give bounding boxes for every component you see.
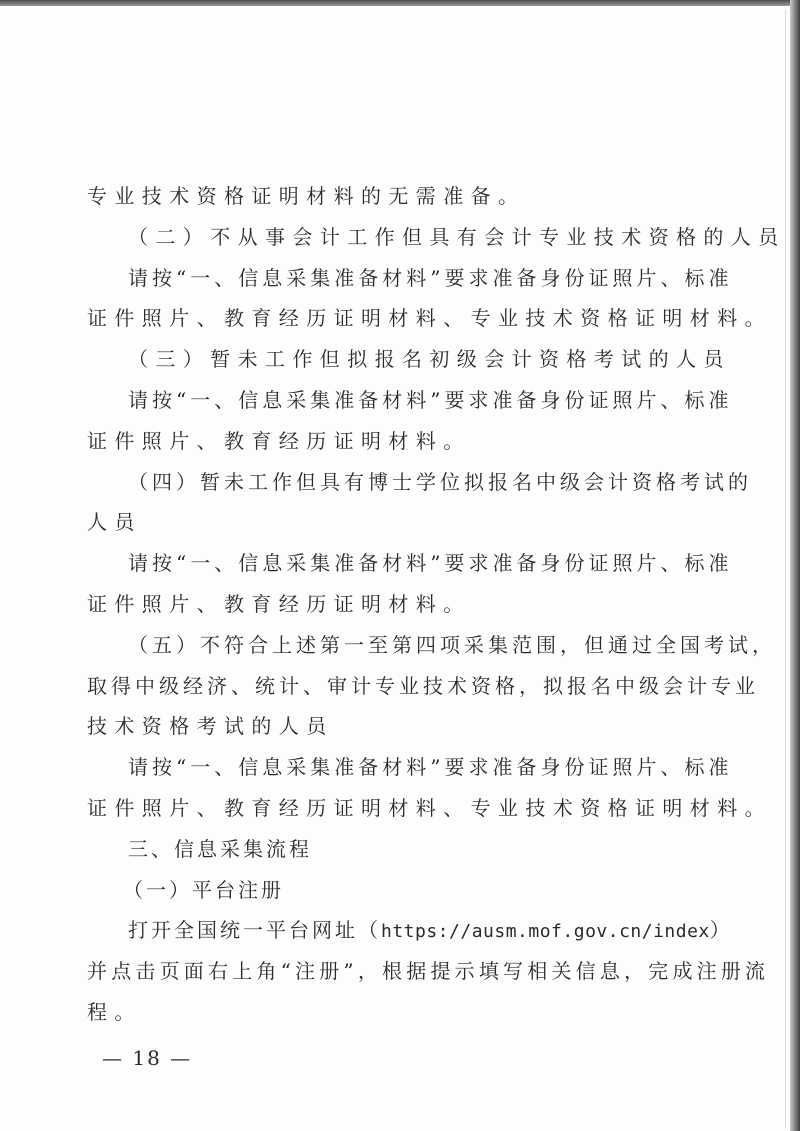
body-line: （五）不符合上述第一至第四项采集范围，但通过全国考试， [87,625,671,666]
body-line: 请按“一、信息采集准备材料”要求准备身份证照片、标准 [87,747,671,788]
body-line: 请按“一、信息采集准备材料”要求准备身份证照片、标准 [87,543,671,584]
body-line: 证件照片、教育经历证明材料、专业技术资格证明材料。 [87,788,671,829]
paragraph-prefix: 打开全国统一平台网址（ [128,918,381,942]
body-line: 请按“一、信息采集准备材料”要求准备身份证照片、标准 [87,380,671,421]
scan-right-edge [790,0,800,1131]
body-line: 证件照片、教育经历证明材料。 [87,421,671,462]
body-line: 专业技术资格证明材料的无需准备。 [87,176,671,217]
body-line: 证件照片、教育经历证明材料。 [87,584,671,625]
body-line: 技术资格考试的人员 [87,706,671,747]
scan-page-border [785,10,786,1128]
paragraph-line: 打开全国统一平台网址（https://ausm.mof.gov.cn/index… [87,910,671,951]
body-line: 人员 [87,502,671,543]
subsection-heading: （一）平台注册 [87,870,671,911]
subsection-heading-text: （一）平台注册 [123,878,284,902]
body-line: 请按“一、信息采集准备材料”要求准备身份证照片、标准 [87,258,671,299]
paragraph-suffix: ） [710,918,733,942]
scan-top-edge [0,0,800,6]
document-body: 专业技术资格证明材料的无需准备。（二）不从事会计工作但具有会计专业技术资格的人员… [87,176,671,1033]
body-line: 取得中级经济、统计、审计专业技术资格，拟报名中级会计专业 [87,666,671,707]
paragraph-line: 程。 [87,992,671,1033]
body-lines: 专业技术资格证明材料的无需准备。（二）不从事会计工作但具有会计专业技术资格的人员… [87,176,671,829]
page-number: — 18 — [102,1044,192,1072]
body-line: （四）暂未工作但具有博士学位拟报名中级会计资格考试的 [87,462,671,503]
body-line: 证件照片、教育经历证明材料、专业技术资格证明材料。 [87,298,671,339]
body-line: （二）不从事会计工作但具有会计专业技术资格的人员 [87,217,671,258]
paragraph-line: 并点击页面右上角“注册”，根据提示填写相关信息，完成注册流 [87,951,671,992]
platform-url[interactable]: https://ausm.mof.gov.cn/index [381,921,710,942]
section-heading: 三、信息采集流程 [87,829,671,870]
body-line: （三）暂未工作但拟报名初级会计资格考试的人员 [87,339,671,380]
